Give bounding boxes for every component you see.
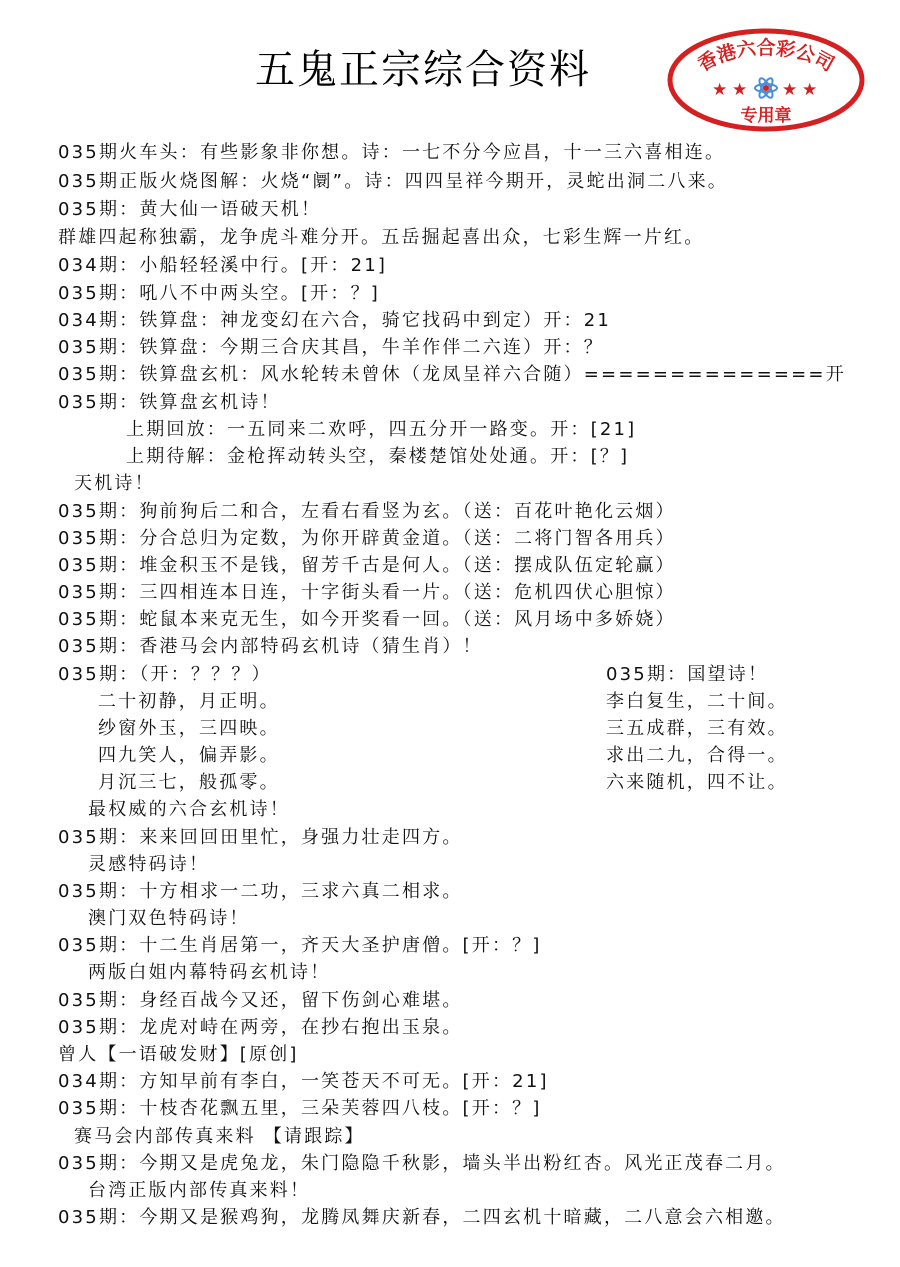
text-line: 035期：十枝杏花飘五里，三朵芙蓉四八枝。[开：？] xyxy=(58,1098,542,1120)
text-line: 035期：吼八不中两头空。[开：？] xyxy=(58,283,380,305)
text-line: 月沉三七，般孤零。 xyxy=(98,772,280,794)
text-line: 035期：今期又是虎兔龙，朱门隐隐千秋影，墙头半出粉红杏。风光正茂春二月。 xyxy=(58,1153,786,1175)
text-line: 035期：铁算盘玄机诗！ xyxy=(58,392,281,414)
text-line: 二十初静，月正明。 xyxy=(98,691,280,713)
text-line: 035期火车头：有些影象非你想。诗：一七不分今应昌，十一三六喜相连。 xyxy=(58,142,725,164)
text-line: 035期：龙虎对峙在两旁，在抄右抱出玉泉。 xyxy=(58,1017,463,1039)
text-line: 035期：铁算盘玄机：风水轮转未曾休（龙凤呈祥六合随）=============… xyxy=(58,364,846,386)
text-line: 035期：铁算盘：今期三合庆其昌，牛羊作伴二六连）开：？ xyxy=(58,337,604,359)
svg-text:★: ★ xyxy=(712,80,727,100)
right-column-line: 三五成群，三有效。 xyxy=(606,718,788,740)
company-seal-stamp: 香港六合彩公司 ★ ★ ★ ★ 专用章 xyxy=(666,28,866,132)
text-line: 035期：香港马会内部特码玄机诗（猜生肖）！ xyxy=(58,636,483,658)
svg-text:香港六合彩公司: 香港六合彩公司 xyxy=(694,36,838,76)
text-line: 035期：堆金积玉不是钱，留芳千古是何人。（送：摆成队伍定轮赢） xyxy=(58,555,676,577)
right-column-title: 035期：国望诗！ xyxy=(606,664,768,686)
svg-text:★: ★ xyxy=(732,80,747,100)
text-line: 上期待解：金枪挥动转头空，秦楼楚馆处处通。开：[？] xyxy=(126,446,629,468)
text-line: 035期：身经百战今又还，留下伤剑心难堪。 xyxy=(58,990,463,1012)
text-line: 上期回放：一五同来二欢呼，四五分开一路变。开：[21] xyxy=(126,419,636,441)
text-line: 035期：三四相连本日连，十字街头看一片。（送：危机四伏心胆惊） xyxy=(58,582,676,604)
text-line: 035期：十方相求一二功，三求六真二相求。 xyxy=(58,881,463,903)
text-line: 最权威的六合玄机诗！ xyxy=(88,799,290,821)
text-line: 035期：十二生肖居第一，齐天大圣护唐僧。[开：？] xyxy=(58,935,542,957)
text-line: 赛马会内部传真来料 【请跟踪】 xyxy=(74,1126,365,1148)
text-line: 035期：分合总归为定数，为你开辟黄金道。（送：二将门智各用兵） xyxy=(58,528,676,550)
right-column-line: 求出二九，合得一。 xyxy=(606,745,788,767)
text-line: 034期：方知早前有李白，一笑苍天不可无。[开：21] xyxy=(58,1071,549,1093)
text-line: 034期：小船轻轻溪中行。[开：21] xyxy=(58,255,387,277)
text-line: 035期正版火烧图解：火烧“阛”。诗：四四呈祥今期开，灵蛇出洞二八来。 xyxy=(58,171,728,193)
text-line: 纱窗外玉，三四映。 xyxy=(98,718,280,740)
text-line: 035期：（开：？？？） xyxy=(58,664,272,686)
text-line: 035期：来来回回田里忙，身强力壮走四方。 xyxy=(58,827,463,849)
text-line: 四九笑人，偏弄影。 xyxy=(98,745,280,767)
text-line: 灵感特码诗！ xyxy=(88,854,209,876)
stamp-top-text: 香港六合彩公司 xyxy=(694,36,838,76)
page-title: 五鬼正宗综合资料 xyxy=(255,38,591,95)
text-line: 天机诗！ xyxy=(74,473,155,495)
text-line: 两版白姐内幕特码玄机诗！ xyxy=(88,962,330,984)
right-column-line: 六来随机，四不让。 xyxy=(606,772,788,794)
stamp-bottom-text: 专用章 xyxy=(741,105,792,126)
text-line: 澳门双色特码诗！ xyxy=(88,908,250,930)
atom-emblem-icon xyxy=(755,76,777,99)
text-line: 035期：狗前狗后二和合，左看右看竖为玄。（送：百花叶艳化云烟） xyxy=(58,501,676,523)
text-line: 035期：今期又是猴鸡狗，龙腾凤舞庆新春，二四玄机十暗藏，二八意会六相邀。 xyxy=(58,1207,786,1229)
text-line: 035期：黄大仙一语破天机！ xyxy=(58,199,321,221)
text-line: 群雄四起称独霸，龙争虎斗难分开。五岳掘起喜出众，七彩生辉一片红。 xyxy=(58,227,704,249)
svg-text:★: ★ xyxy=(782,80,797,100)
text-line: 曾人【一语破发财】[原创] xyxy=(58,1044,299,1066)
right-column-line: 李白复生，二十间。 xyxy=(606,691,788,713)
text-line: 034期：铁算盘：神龙变幻在六合，骑它找码中到定）开：21 xyxy=(58,310,611,332)
text-line: 035期：蛇鼠本来克无生，如今开奖看一回。（送：风月场中多娇娆） xyxy=(58,609,676,631)
text-line: 台湾正版内部传真来料！ xyxy=(88,1180,310,1202)
svg-text:★: ★ xyxy=(802,80,817,100)
